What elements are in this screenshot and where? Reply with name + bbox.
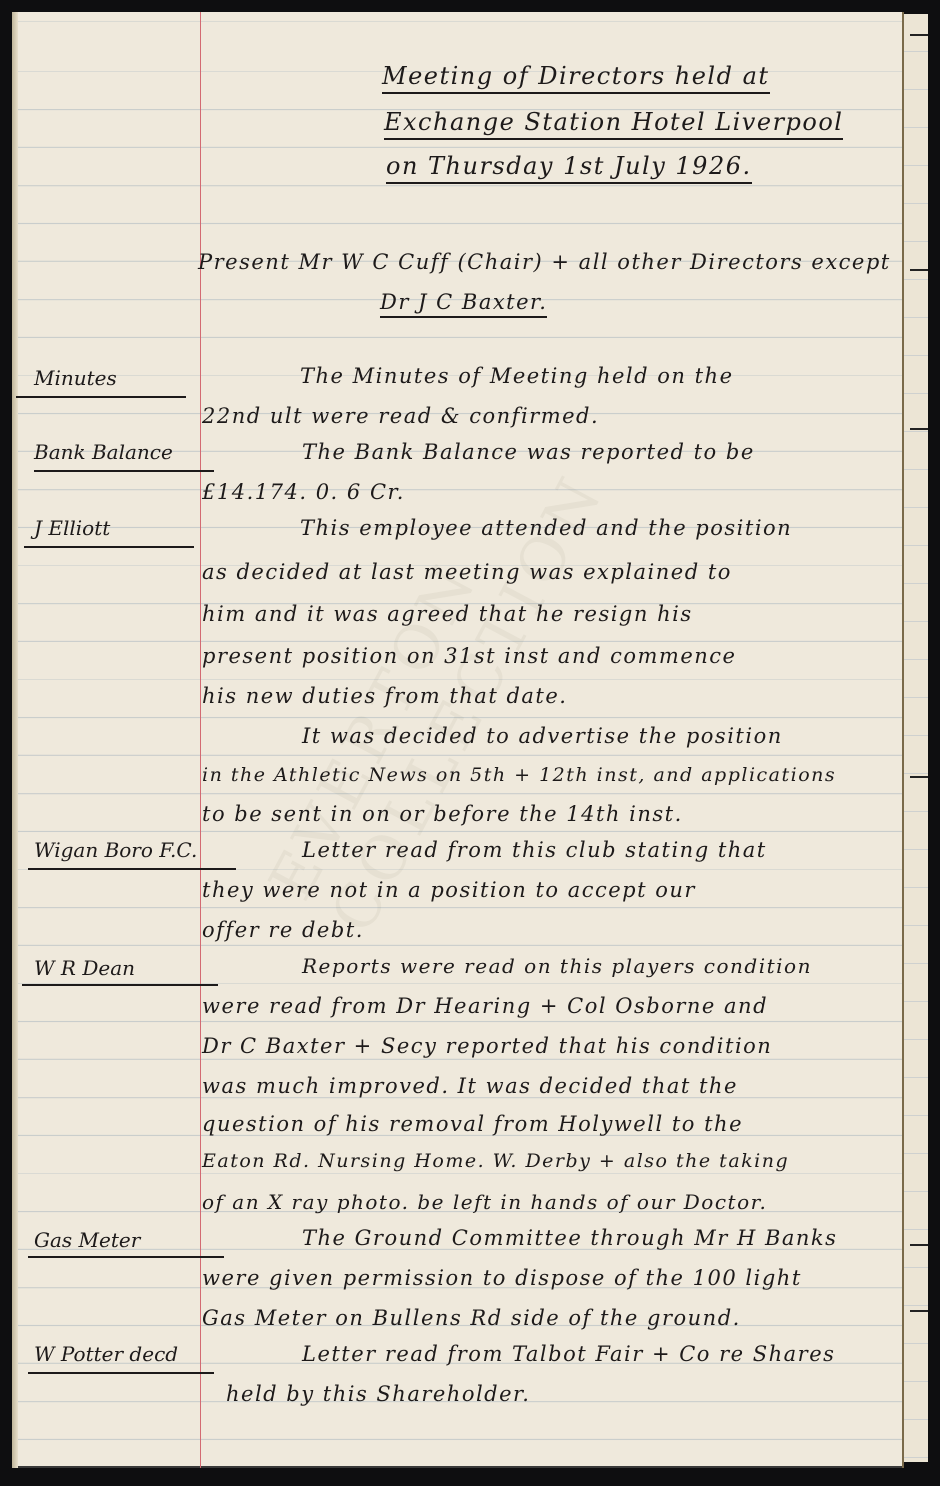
entry-line: Letter read from this club stating that: [302, 838, 767, 862]
entry-line: Dr C Baxter + Secy reported that his con…: [202, 1034, 772, 1058]
entry-line: his new duties from that date.: [202, 684, 567, 708]
facing-page-edge: [904, 14, 928, 1462]
entry-line: were read from Dr Hearing + Col Osborne …: [202, 994, 768, 1018]
entry-line: Reports were read on this players condit…: [302, 954, 812, 978]
side-underline: [28, 1256, 224, 1258]
side-label-w-r-dean: W R Dean: [34, 956, 135, 980]
entry-line: The Minutes of Meeting held on the: [300, 364, 734, 388]
entry-line: they were not in a position to accept ou…: [202, 878, 696, 902]
side-label-wigan-boro: Wigan Boro F.C.: [34, 838, 197, 862]
side-label-gas-meter: Gas Meter: [34, 1228, 140, 1252]
entry-line: Letter read from Talbot Fair + Co re Sha…: [302, 1342, 835, 1366]
entry-line: him and it was agreed that he resign his: [202, 602, 693, 626]
side-label-bank-balance: Bank Balance: [34, 440, 173, 464]
side-underline: [22, 984, 218, 986]
present-line-2: Dr J C Baxter.: [380, 290, 547, 314]
entry-line: offer re debt.: [202, 918, 364, 942]
facing-page-mark: [910, 428, 928, 430]
heading-line-3: on Thursday 1st July 1926.: [386, 152, 752, 180]
side-label-j-elliott: J Elliott: [34, 516, 110, 540]
side-label-minutes: Minutes: [34, 366, 117, 390]
facing-page-mark: [910, 1310, 928, 1312]
entry-line: Gas Meter on Bullens Rd side of the grou…: [202, 1306, 741, 1330]
entry-line: present position on 31st inst and commen…: [202, 644, 736, 668]
present-line-1: Present Mr W C Cuff (Chair) + all other …: [198, 250, 891, 274]
heading-line-2: Exchange Station Hotel Liverpool: [384, 108, 843, 136]
entry-line: 22nd ult were read & confirmed.: [202, 404, 599, 428]
side-underline: [34, 470, 214, 472]
entry-line: of an X ray photo. be left in hands of o…: [202, 1190, 767, 1214]
entry-line: to be sent in on or before the 14th inst…: [202, 802, 683, 826]
ledger-page: EVERTON COLLECTION Meeting of Directors …: [12, 12, 902, 1468]
entry-line: Eaton Rd. Nursing Home. W. Derby + also …: [202, 1150, 789, 1172]
entry-line: The Bank Balance was reported to be: [302, 440, 755, 464]
red-margin-line: [200, 12, 201, 1468]
entry-line: £14.174. 0. 6 Cr.: [202, 480, 405, 504]
entry-line: held by this Shareholder.: [226, 1382, 530, 1406]
entry-line: This employee attended and the position: [300, 516, 792, 540]
side-underline: [24, 546, 194, 548]
entry-line: was much improved. It was decided that t…: [202, 1074, 738, 1098]
entry-line: as decided at last meeting was explained…: [202, 560, 732, 584]
side-underline: [16, 396, 186, 398]
entry-line: question of his removal from Holywell to…: [202, 1112, 743, 1136]
entry-line: were given permission to dispose of the …: [202, 1266, 802, 1290]
entry-line: It was decided to advertise the position: [302, 724, 783, 748]
entry-line: in the Athletic News on 5th + 12th inst,…: [202, 764, 836, 786]
heading-line-1: Meeting of Directors held at: [382, 62, 770, 90]
facing-page-mark: [910, 776, 928, 778]
entry-line: The Ground Committee through Mr H Banks: [302, 1226, 837, 1250]
facing-page-mark: [910, 269, 928, 271]
side-underline: [28, 1372, 214, 1374]
facing-page-mark: [910, 1244, 928, 1246]
facing-page-mark: [910, 34, 928, 36]
side-label-w-potter: W Potter decd: [34, 1342, 178, 1366]
side-underline: [28, 868, 236, 870]
